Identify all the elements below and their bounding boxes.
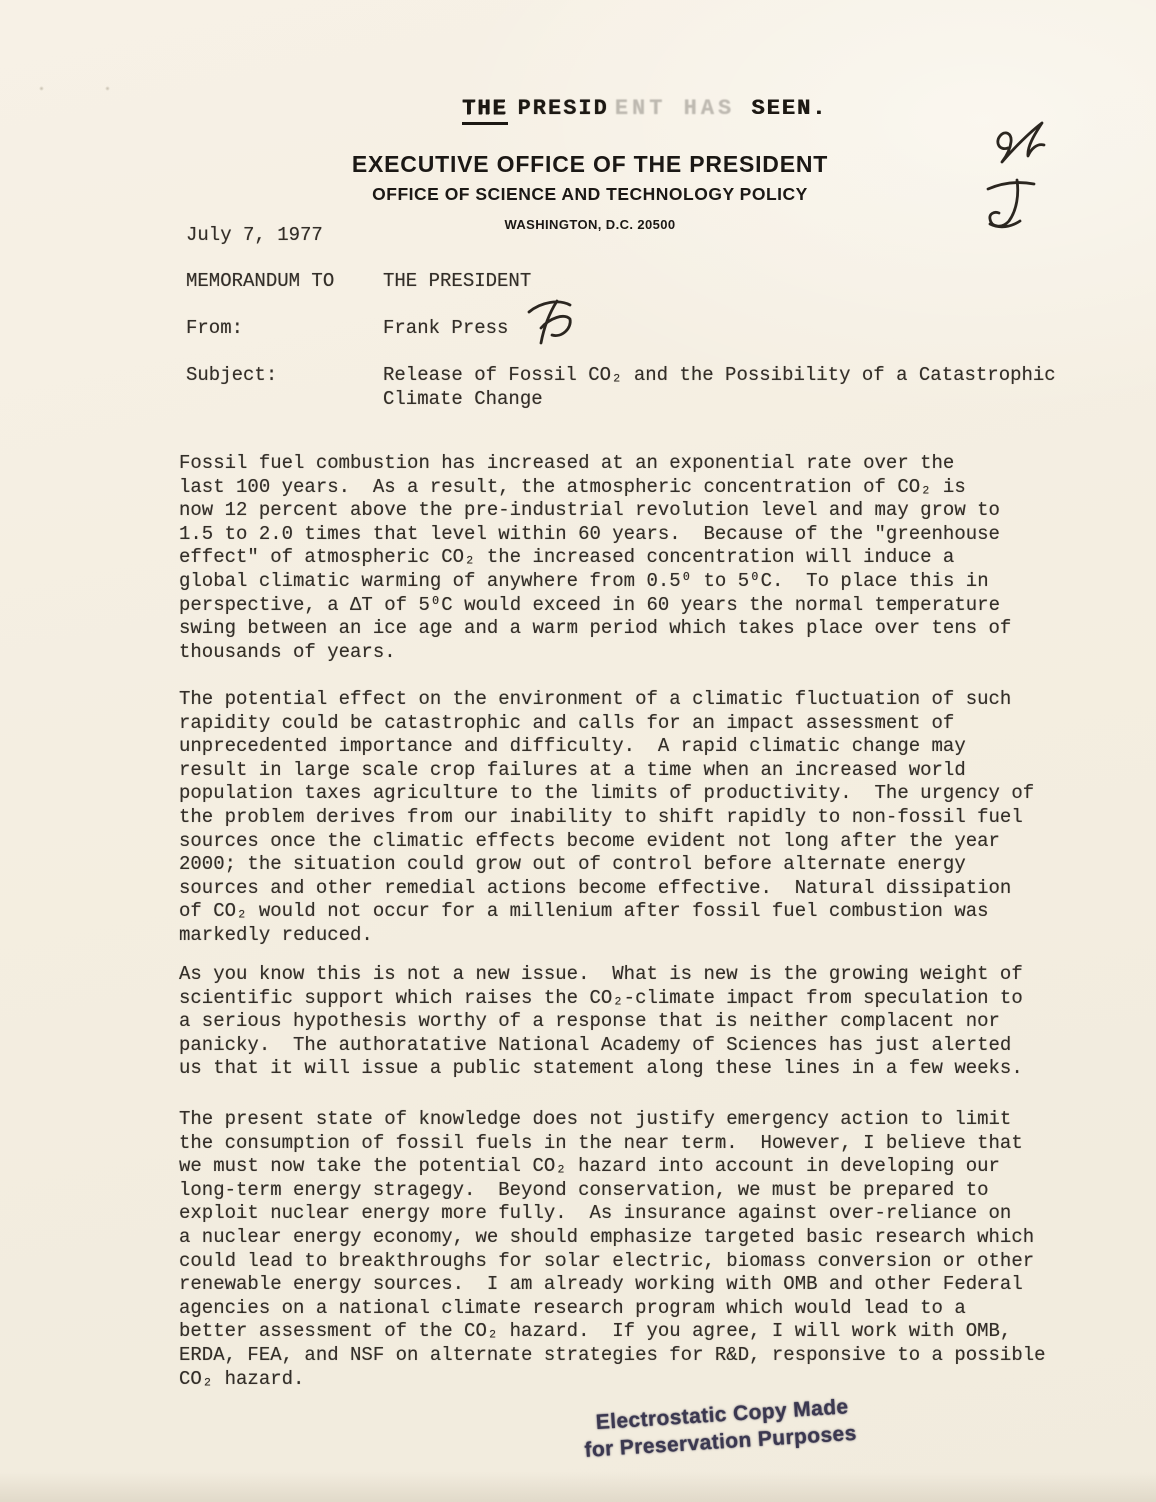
paper-speck [39, 86, 44, 91]
memo-subject-label: Subject: [186, 364, 277, 388]
letterhead-line2: OFFICE OF SCIENCE AND TECHNOLOGY POLICY [0, 184, 1156, 205]
electrostatic-copy-stamp: Electrostatic Copy Made for Preservation… [582, 1393, 857, 1464]
paper-speck [105, 86, 110, 91]
letterhead-line3: WASHINGTON, D.C. 20500 [0, 217, 1156, 232]
memo-subject-value: Release of Fossil CO₂ and the Possibilit… [383, 364, 1056, 411]
memo-date: July 7, 1977 [186, 224, 323, 248]
memo-to-value: THE PRESIDENT [383, 270, 531, 294]
memo-from-label: From: [186, 317, 243, 341]
memo-to-label: MEMORANDUM TO [186, 270, 334, 294]
stamp-word-the: THE [462, 96, 508, 125]
stamp-word-presid: PRESID [518, 96, 609, 121]
president-has-seen-stamp: THEPRESIDENT HASSEEN. [462, 96, 827, 121]
body-paragraph-3: As you know this is not a new issue. Wha… [179, 963, 1023, 1081]
memo-from-value: Frank Press [383, 317, 508, 341]
body-paragraph-2: The potential effect on the environment … [179, 688, 1034, 948]
stamp-word-seen: SEEN. [751, 96, 827, 121]
body-paragraph-1: Fossil fuel combustion has increased at … [179, 452, 1011, 664]
memo-page: THEPRESIDENT HASSEEN. EXECUTIVE OFFICE O… [0, 0, 1156, 1502]
body-paragraph-4: The present state of knowledge does not … [179, 1108, 1046, 1391]
letterhead-line1: EXECUTIVE OFFICE OF THE PRESIDENT [0, 151, 1156, 178]
frank-press-signature-mark [520, 297, 582, 349]
stamp-faded-fragment: ENT HAS [615, 96, 735, 121]
